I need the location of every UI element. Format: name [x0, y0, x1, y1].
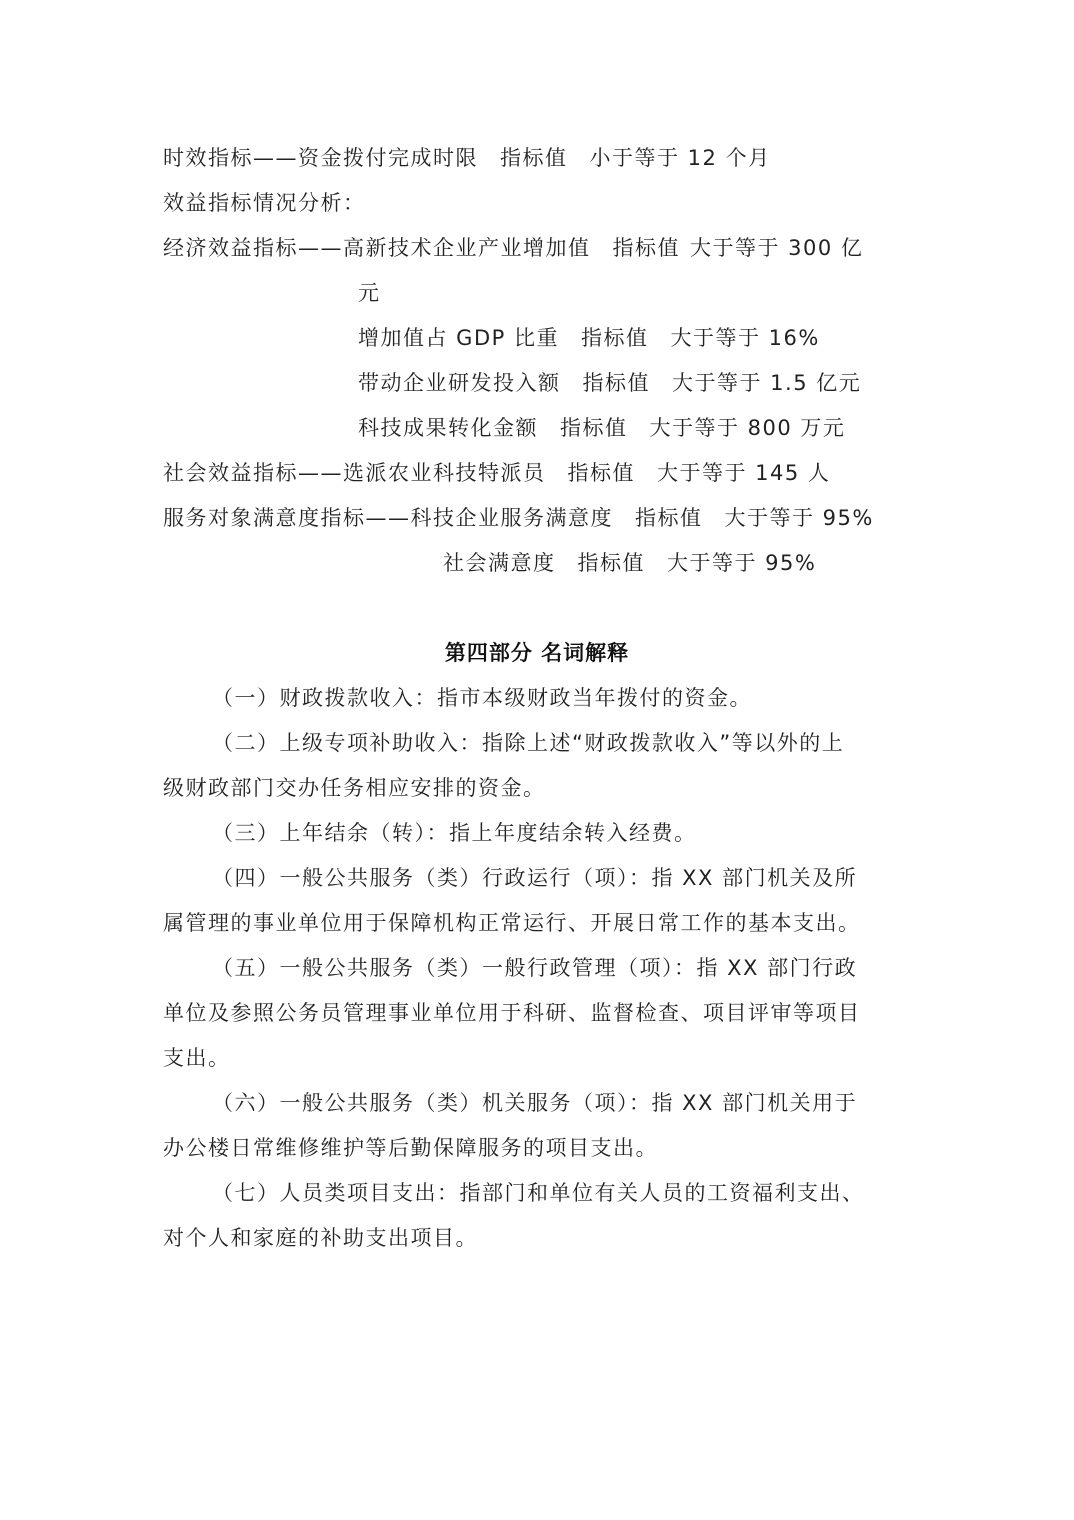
glossary-paragraph-line: 对个人和家庭的补助支出项目。 — [163, 1223, 478, 1253]
economic-indicator-line: 经济效益指标——高新技术企业产业增加值指标值大于等于 300 亿 — [163, 233, 863, 263]
glossary-paragraph-line: （五）一般公共服务（类）一般行政管理（项）：指 XX 部门行政 — [212, 953, 857, 983]
indicator-name: 高新技术企业产业增加值 — [343, 236, 591, 260]
glossary-paragraph-line: 属管理的事业单位用于保障机构正常运行、开展日常工作的基本支出。 — [163, 908, 861, 938]
indicator-value: 大于等于 145 人 — [657, 461, 830, 485]
indicator-value: 大于等于 800 万元 — [650, 416, 846, 440]
glossary-paragraph-line: （六）一般公共服务（类）机关服务（项）：指 XX 部门机关用于 — [212, 1088, 857, 1118]
indicator-name: 选派农业科技特派员 — [343, 461, 546, 485]
indicator-name: 增加值占 GDP 比重 — [358, 326, 559, 350]
indicator-value-label: 指标值 — [500, 146, 568, 170]
indicator-name: 科技企业服务满意度 — [411, 506, 614, 530]
indicator-value-label: 指标值 — [581, 326, 649, 350]
indicator-value-label: 指标值 — [613, 236, 681, 260]
indicator-value: 大于等于 16% — [670, 326, 819, 350]
glossary-paragraph-line: （七）人员类项目支出：指部门和单位有关人员的工资福利支出、 — [212, 1178, 865, 1208]
glossary-paragraph-line: （二）上级专项补助收入：指除上述“财政拨款收入”等以外的上 — [212, 728, 844, 758]
indicator-name: 社会满意度 — [443, 551, 556, 575]
economic-indicator-line: 增加值占 GDP 比重指标值大于等于 16% — [358, 323, 820, 353]
benefit-analysis-heading: 效益指标情况分析： — [163, 188, 366, 218]
indicator-value-label: 指标值 — [583, 371, 651, 395]
indicator-label: 时效指标——资金拨付完成时限 — [163, 146, 478, 170]
glossary-paragraph-line: 级财政部门交办任务相应安排的资金。 — [163, 773, 546, 803]
section-title: 第四部分 名词解释 — [0, 638, 1074, 668]
indicator-value: 大于等于 95% — [667, 551, 816, 575]
indicator-value: 大于等于 95% — [725, 506, 874, 530]
satisfaction-indicator-line: 社会满意度指标值大于等于 95% — [443, 548, 816, 578]
economic-indicator-line: 科技成果转化金额指标值大于等于 800 万元 — [358, 413, 845, 443]
glossary-paragraph-line: 办公楼日常维修维护等后勤保障服务的项目支出。 — [163, 1133, 658, 1163]
indicator-value-label: 指标值 — [560, 416, 628, 440]
indicator-name: 科技成果转化金额 — [358, 416, 538, 440]
document-page: 时效指标——资金拨付完成时限指标值小于等于 12 个月 效益指标情况分析： 经济… — [0, 0, 1074, 1520]
timeliness-indicator-line: 时效指标——资金拨付完成时限指标值小于等于 12 个月 — [163, 143, 771, 173]
indicator-value: 小于等于 12 个月 — [590, 146, 771, 170]
indicator-value-label: 指标值 — [568, 461, 636, 485]
indicator-value: 大于等于 1.5 亿元 — [672, 371, 861, 395]
indicator-prefix: 经济效益指标—— — [163, 236, 343, 260]
indicator-prefix: 服务对象满意度指标—— — [163, 506, 411, 530]
glossary-paragraph-line: 支出。 — [163, 1043, 231, 1073]
social-indicator-line: 社会效益指标——选派农业科技特派员指标值大于等于 145 人 — [163, 458, 830, 488]
economic-indicator-line: 带动企业研发投入额指标值大于等于 1.5 亿元 — [358, 368, 861, 398]
glossary-paragraph-line: （三）上年结余（转）：指上年度结余转入经费。 — [212, 818, 697, 848]
satisfaction-indicator-line: 服务对象满意度指标——科技企业服务满意度指标值大于等于 95% — [163, 503, 874, 533]
economic-indicator-line-continued: 元 — [358, 278, 381, 308]
indicator-value-label: 指标值 — [635, 506, 703, 530]
glossary-paragraph-line: （一）财政拨款收入：指市本级财政当年拨付的资金。 — [212, 683, 752, 713]
glossary-paragraph-line: （四）一般公共服务（类）行政运行（项）：指 XX 部门机关及所 — [212, 863, 857, 893]
indicator-name: 带动企业研发投入额 — [358, 371, 561, 395]
indicator-value-label: 指标值 — [578, 551, 646, 575]
indicator-value: 大于等于 300 亿 — [690, 236, 863, 260]
indicator-prefix: 社会效益指标—— — [163, 461, 343, 485]
glossary-paragraph-line: 单位及参照公务员管理事业单位用于科研、监督检查、项目评审等项目 — [163, 998, 861, 1028]
